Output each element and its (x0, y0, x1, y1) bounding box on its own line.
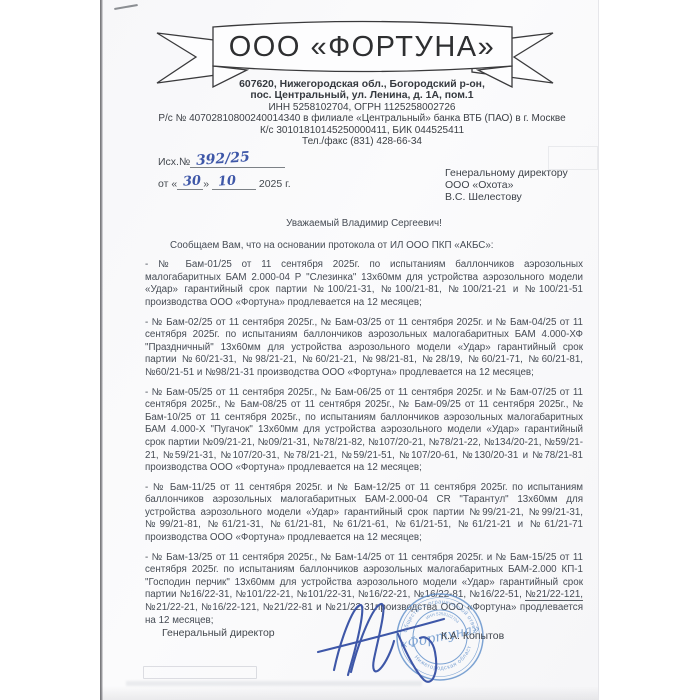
date-row: от «30» 10 2025 г. (158, 178, 291, 190)
company-name: ООО «ФОРТУНА» (229, 31, 496, 63)
body-paragraph-1: - № Бам-01/25 от 11 сентября 2025г. по и… (145, 259, 583, 309)
reference-block: Исх.№392/25 от «30» 10 2025 г. (158, 156, 291, 200)
address-line: пос. Центральный, ул. Ленина, д. 1А, пом… (156, 90, 568, 101)
recipient-company: ООО «Охота» (445, 180, 568, 192)
outgoing-number-row: Исх.№392/25 (158, 156, 291, 168)
address-line: Р/с № 40702810800240014340 в филиале «Це… (156, 113, 568, 124)
address-block: 607620, Нижегородская обл., Богородский … (156, 79, 568, 147)
address-line: Тел./факс (831) 428-66-34 (156, 136, 568, 147)
address-line: К/с 30101810145250000411, БИК 044525411 (156, 125, 568, 136)
address-line: 607620, Нижегородская обл., Богородский … (156, 79, 568, 90)
signature-title: Генеральный директор (162, 627, 275, 639)
paragraph5-underlined-batch: №21/22-121, (525, 589, 583, 601)
letter-body: Уважаемый Владимир Сергеевич! Сообщаем В… (145, 218, 583, 634)
intro-line: Сообщаем Вам, что на основании протокола… (145, 240, 583, 253)
bleed-through-mark (548, 146, 598, 170)
recipient-person: В.С. Шелестову (445, 192, 568, 204)
body-paragraph-3: - № Бам-05/25 от 11 сентября 2025г., № Б… (145, 387, 583, 475)
bleed-through-mark (143, 666, 257, 679)
signature-name: К.А. Копытов (441, 630, 504, 642)
pen-mark (114, 4, 138, 10)
date-quote-close: » (203, 178, 209, 190)
date-day-handwritten: 30 (183, 173, 202, 189)
outgoing-number-label: Исх.№ (158, 156, 190, 168)
recipient-block: Генеральному директору ООО «Охота» В.С. … (445, 168, 568, 203)
date-month-underline: 10 (212, 178, 256, 190)
date-day-underline: 30 (177, 178, 203, 190)
date-prefix: от « (158, 178, 177, 190)
date-month-handwritten: 10 (217, 173, 236, 189)
outgoing-number-handwritten: 392/25 (196, 149, 251, 169)
date-year: 2025 г. (259, 178, 291, 190)
salutation: Уважаемый Владимир Сергеевич! (145, 218, 583, 231)
address-line: ИНН 5258102704, ОГРН 1125258002726 (156, 102, 568, 113)
body-paragraph-2: - № Бам-02/25 от 11 сентября 2025г., № Б… (145, 317, 583, 380)
scanned-letter-page: ООО «ФОРТУНА» 607620, Нижегородская обл.… (100, 0, 599, 700)
outgoing-number-underline: 392/25 (190, 156, 285, 168)
body-paragraph-4: - № Бам-11/25 от 11 сентября 2025г. и № … (145, 482, 583, 545)
handwritten-signature (312, 590, 462, 694)
